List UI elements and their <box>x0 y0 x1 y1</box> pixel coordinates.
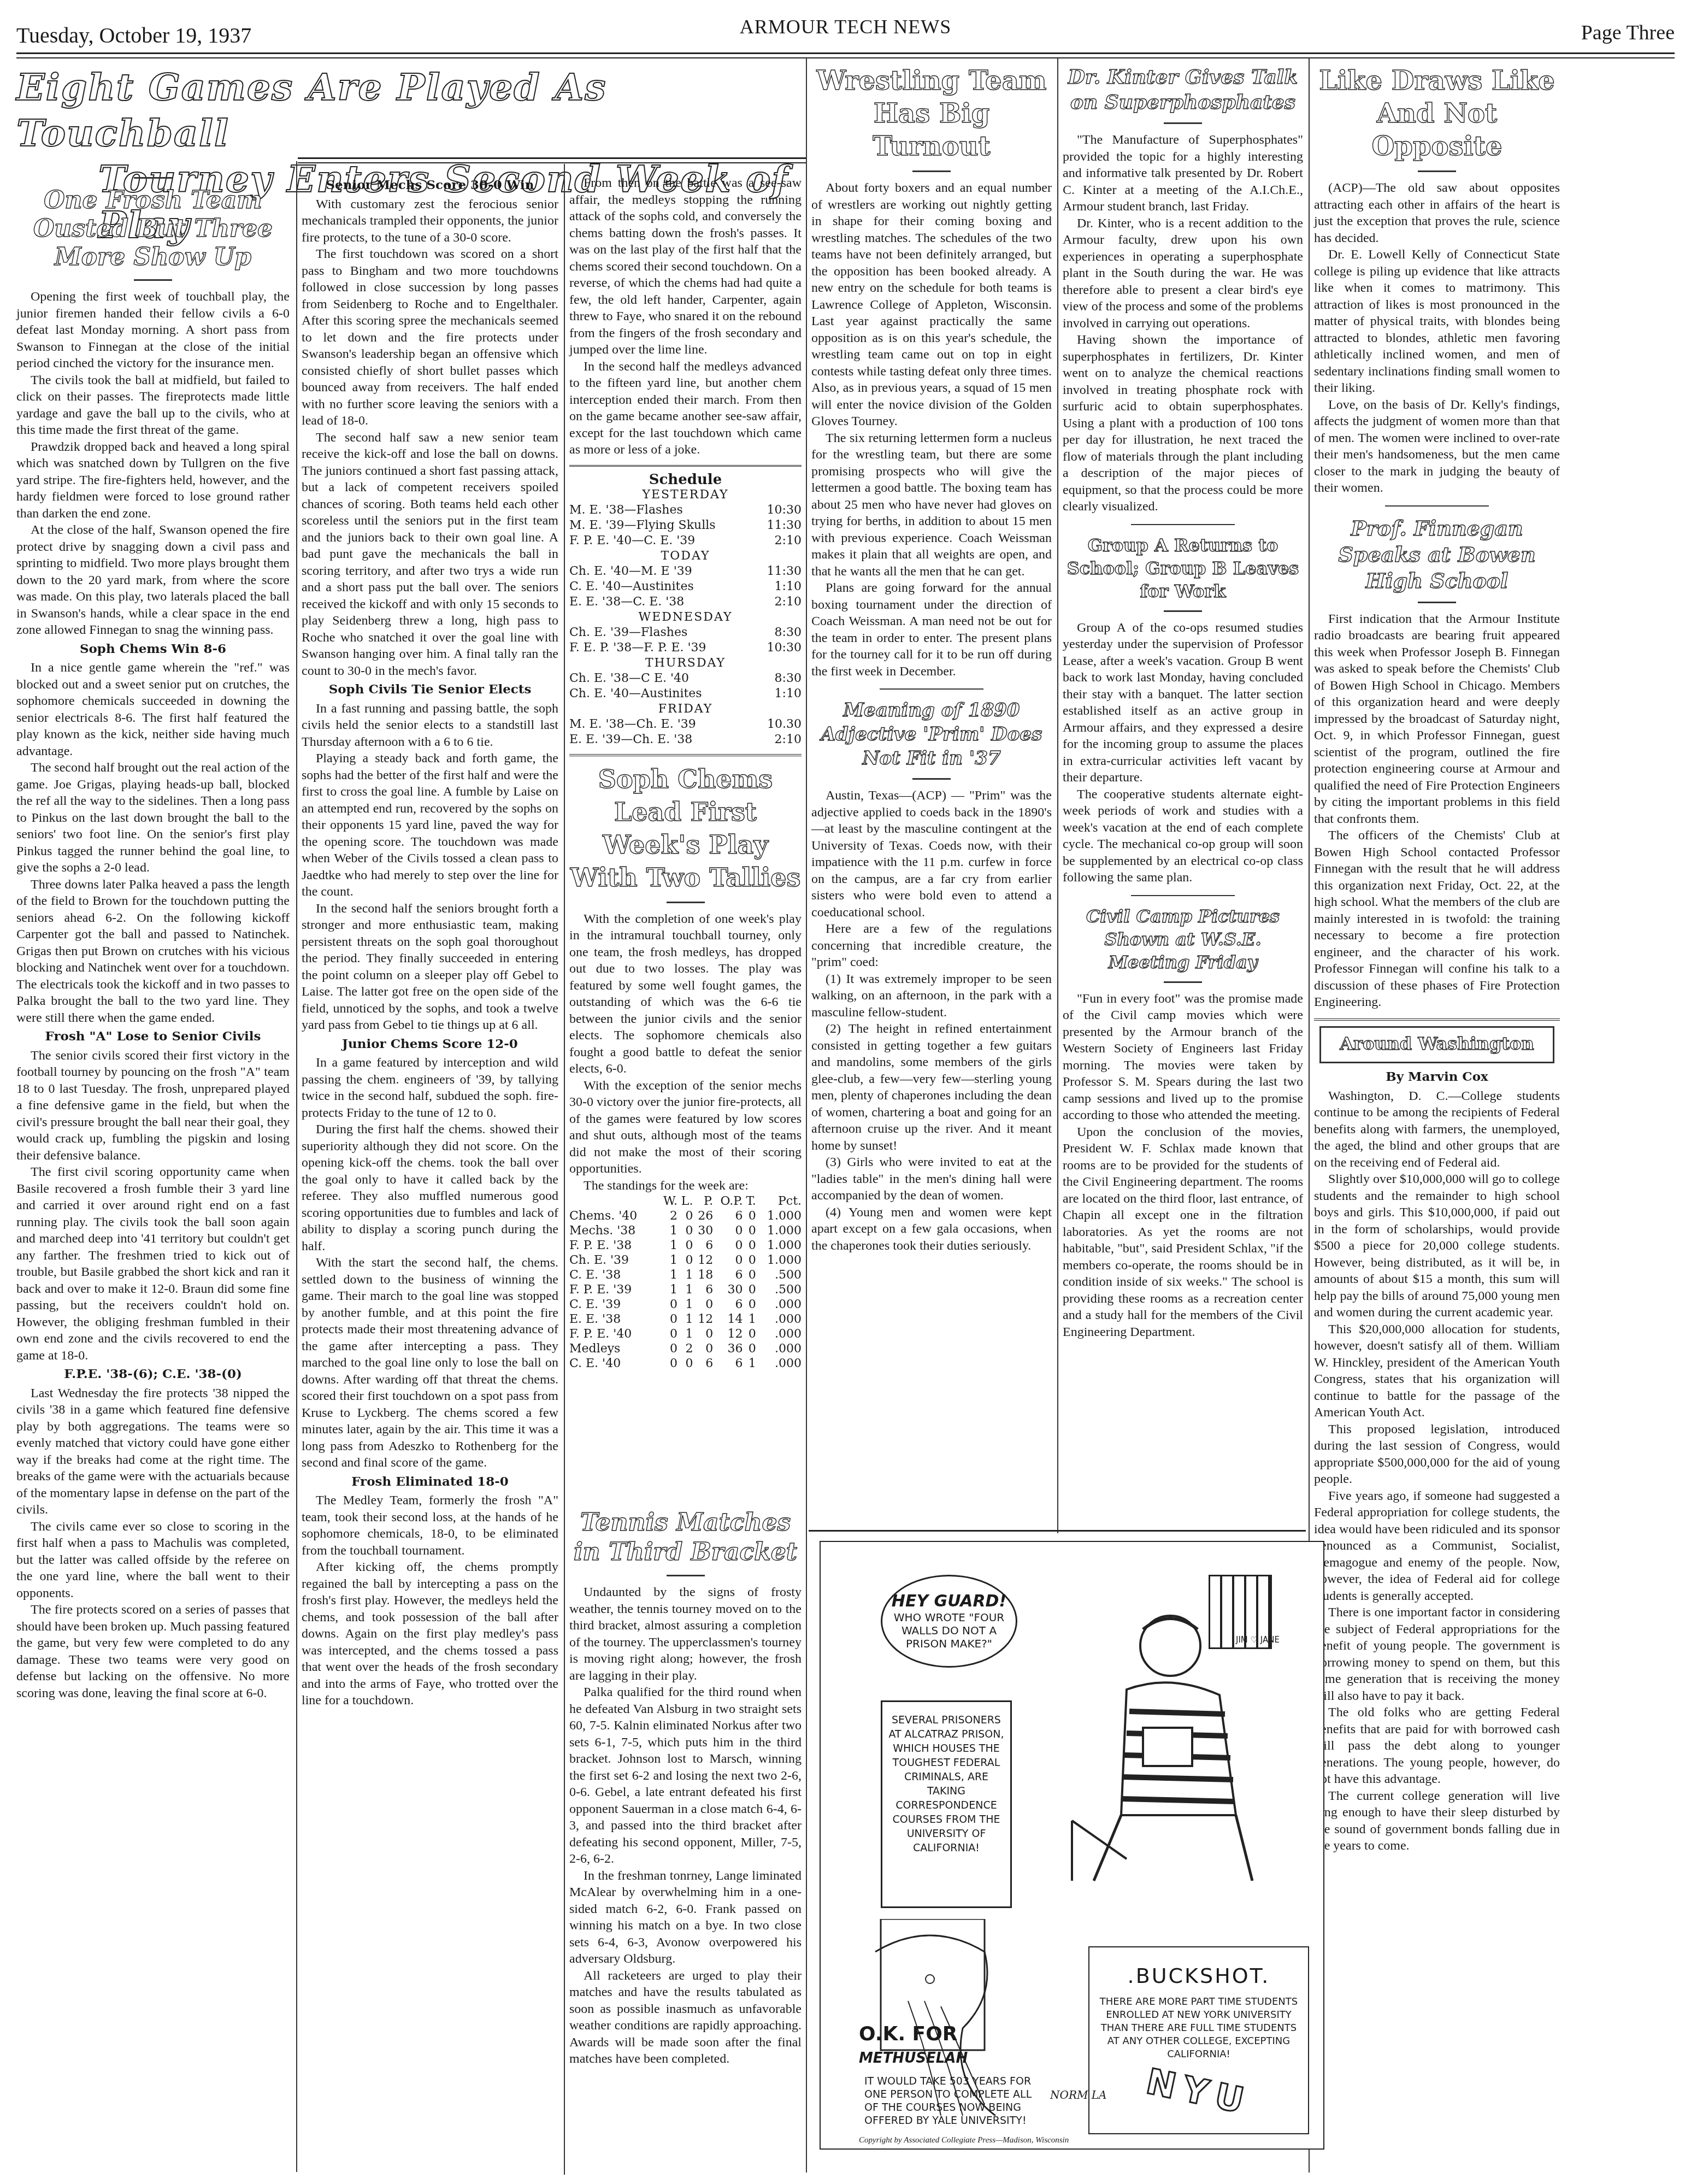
schedule-row: F. P. E. '40—C. E. '392:10 <box>569 533 802 549</box>
schedule-time: 10:30 <box>767 503 802 518</box>
masthead-rule <box>16 52 1675 58</box>
schedule-match: M. E. '38—Ch. E. '39 <box>569 717 696 732</box>
paragraph: The officers of the Chemists' Club at Bo… <box>1314 827 1560 1011</box>
standings-cell: .000 <box>756 1341 802 1356</box>
schedule-box: Schedule YESTERDAYM. E. '38—Flashes10:30… <box>569 472 802 747</box>
schedule-time: 2:10 <box>775 533 802 549</box>
wrestling-headline: Wrestling Team Has Big Turnout <box>811 64 1052 163</box>
soph-chems-lead-headline: Soph Chems Lead First Week's Play With T… <box>569 763 802 894</box>
standings-column-header: O.P. <box>713 1194 743 1209</box>
paragraph: In a fast running and passing battle, th… <box>302 700 558 751</box>
paragraph: Opening the first week of touchball play… <box>16 289 290 372</box>
section-head: Soph Civils Tie Senior Elects <box>302 681 558 698</box>
schedule-row: F. E. P. '38—F. P. E. '3910:30 <box>569 640 802 656</box>
cartoon-rule <box>809 1530 1306 1532</box>
paragraph: Group A of the co-ops resumed studies ye… <box>1063 620 1303 786</box>
standings-column-header: T. <box>743 1194 756 1209</box>
paragraph: (2) The height in refined entertainment … <box>811 1021 1052 1154</box>
column-3: From then on the battle was a see-saw af… <box>569 175 802 1371</box>
paragraph: About forty boxers and an equal number o… <box>811 180 1052 430</box>
column-5: Dr. Kinter Gives Talk on Superphosphates… <box>1063 64 1303 1340</box>
standings-cell: 6 <box>693 1282 713 1297</box>
standings-cell: 0 <box>693 1327 713 1341</box>
paragraph: Palka qualified for the third round when… <box>569 1684 802 1868</box>
standings-row: C. E. '3901060.000 <box>569 1297 802 1312</box>
banner-rule <box>298 157 806 163</box>
paragraph: The civils took the ball at midfield, bu… <box>16 372 290 439</box>
team-name: E. E. '38 <box>569 1312 659 1327</box>
standings-cell: 1 <box>659 1253 677 1268</box>
standings-cell: 12 <box>693 1253 713 1268</box>
schedule-row: Ch. E. '40—Austinites1:10 <box>569 686 802 702</box>
column-rule <box>806 58 807 2173</box>
paragraph: Austin, Texas—(ACP) — "Prim" was the adj… <box>811 787 1052 921</box>
schedule-day: THURSDAY <box>569 656 802 671</box>
prim-headline: Meaning of 1890 Adjective 'Prim' Does No… <box>811 698 1052 770</box>
standings-cell: 6 <box>713 1297 743 1312</box>
standings-cell: 0 <box>659 1327 677 1341</box>
paragraph: All racketeers are urged to play their m… <box>569 1968 802 2068</box>
editorial-cartoon: JIM ♡ JANE HEY GUARD! WHO WROTE "FOUR WA… <box>820 1541 1324 2150</box>
schedule-match: Ch. E. '40—Austinites <box>569 686 702 702</box>
team-name: F. P. E. '40 <box>569 1327 659 1341</box>
paper-name: ARMOUR TECH NEWS <box>16 15 1675 38</box>
standings-cell: .500 <box>756 1282 802 1297</box>
standings-column-header: W. <box>659 1194 677 1209</box>
paragraph: Love, on the basis of Dr. Kelly's findin… <box>1314 397 1560 497</box>
schedule-time: 11:30 <box>767 564 802 579</box>
schedule-day: YESTERDAY <box>569 487 802 503</box>
paragraph: With the exception of the senior mechs 3… <box>569 1078 802 1178</box>
standings-cell: 0 <box>677 1356 693 1371</box>
masthead: Tuesday, October 19, 1937 ARMOUR TECH NE… <box>16 21 1675 48</box>
standings-cell: 6 <box>713 1209 743 1223</box>
standings-cell: 1 <box>659 1238 677 1253</box>
around-washington-title: Around Washington <box>1340 1033 1534 1054</box>
paragraph: Dr. Kinter, who is a recent addition to … <box>1063 215 1303 332</box>
paragraph: From then on the battle was a see-saw af… <box>569 175 802 358</box>
schedule-row: Ch. E. '40—M. E '3911:30 <box>569 564 802 579</box>
standings-cell: 0 <box>677 1253 693 1268</box>
paragraph: In the second half the medleys advanced … <box>569 358 802 458</box>
standings-cell: 1 <box>659 1268 677 1282</box>
paragraph: Plans are going forward for the annual b… <box>811 580 1052 680</box>
paragraph: This $20,000,000 allocation for students… <box>1314 1321 1560 1421</box>
standings-cell: 2 <box>659 1209 677 1223</box>
paragraph: The current college generation will live… <box>1314 1788 1560 1855</box>
standings-cell: .500 <box>756 1268 802 1282</box>
standings-cell: 6 <box>693 1356 713 1371</box>
paragraph: The old folks who are getting Federal be… <box>1314 1704 1560 1788</box>
standings-cell: 1 <box>659 1282 677 1297</box>
buckshot-panel: .BUCKSHOT. THERE ARE MORE PART TIME STUD… <box>1088 1946 1309 2134</box>
section-head: Soph Chems Win 8-6 <box>16 641 290 658</box>
paragraph: The civils came ever so close to scoring… <box>16 1518 290 1602</box>
paragraph: (1) It was extremely improper to be seen… <box>811 971 1052 1021</box>
standings-column-header: Pct. <box>756 1194 802 1209</box>
schedule-time: 1:10 <box>775 686 802 702</box>
schedule-days: YESTERDAYM. E. '38—Flashes10:30M. E. '39… <box>569 487 802 747</box>
divider <box>667 1575 705 1576</box>
paragraph: The second half brought out the real act… <box>16 760 290 876</box>
paragraph: Three downs later Palka heaved a pass th… <box>16 876 290 1027</box>
standings-cell: 1.000 <box>756 1223 802 1238</box>
schedule-match: C. E. '40—Austinites <box>569 579 694 594</box>
artist-signature: NORM LA <box>1050 2088 1107 2101</box>
ok-for-label: O.K. FOR <box>859 2023 958 2045</box>
paragraph: The first touchdown was scored on a shor… <box>302 246 558 429</box>
schedule-match: Ch. E. '40—M. E '39 <box>569 564 692 579</box>
column-6: Like Draws Like And Not Opposite (ACP)—T… <box>1314 64 1560 1855</box>
paragraph: Here are a few of the regulations concer… <box>811 921 1052 971</box>
standings-cell: 2 <box>677 1341 693 1356</box>
like-draws-headline: Like Draws Like And Not Opposite <box>1314 64 1560 163</box>
paragraph: (4) Young men and women were kept apart … <box>811 1204 1052 1255</box>
standings-row: F. P. E. '39116300.500 <box>569 1282 802 1297</box>
paragraph: First indication that the Armour Institu… <box>1314 611 1560 828</box>
schedule-row: Ch. E. '38—C E. '408:30 <box>569 671 802 686</box>
schedule-time: 10.30 <box>767 717 802 732</box>
schedule-time: 10:30 <box>767 640 802 656</box>
divider <box>134 279 172 281</box>
methuselah-label: METHUSELAH <box>859 2050 968 2067</box>
page-number: Page Three <box>1581 21 1675 45</box>
paragraph: Upon the conclusion of the movies, Presi… <box>1063 1124 1303 1341</box>
schedule-match: M. E. '38—Flashes <box>569 503 683 518</box>
standings-row: F. P. E. '38106001.000 <box>569 1238 802 1253</box>
standings-cell: 0 <box>677 1209 693 1223</box>
paragraph: In a nice gentle game wherein the "ref."… <box>16 660 290 760</box>
schedule-time: 2:10 <box>775 732 802 747</box>
standings-cell: 0 <box>677 1238 693 1253</box>
standings-cell: 1.000 <box>756 1238 802 1253</box>
schedule-row: M. E. '38—Flashes10:30 <box>569 503 802 518</box>
tennis-article: Tennis Matches in Third Bracket Undaunte… <box>569 1508 802 2068</box>
section-head: Senior Mechs Score 30-0 Win <box>302 177 558 194</box>
schedule-row: E. E. '39—Ch. E. '382:10 <box>569 732 802 747</box>
paragraph: The cooperative students alternate eight… <box>1063 786 1303 886</box>
schedule-match: Ch. E. '38—C E. '40 <box>569 671 689 686</box>
bubble-exclaim: HEY GUARD! <box>882 1592 1016 1611</box>
paragraph: Prawdzik dropped back and heaved a long … <box>16 439 290 522</box>
section-head: Frosh Eliminated 18-0 <box>302 1474 558 1491</box>
newspaper-page: Tuesday, October 19, 1937 ARMOUR TECH NE… <box>0 0 1691 2184</box>
finnegan-headline: Prof. Finnegan Speaks at Bowen High Scho… <box>1314 515 1560 594</box>
standings-cell: 0 <box>743 1341 756 1356</box>
team-name: F. P. E. '38 <box>569 1238 659 1253</box>
standings-cell: 30 <box>693 1223 713 1238</box>
standings-cell: 0 <box>693 1341 713 1356</box>
standings-cell: 0 <box>743 1327 756 1341</box>
paragraph: The second half saw a new senior team re… <box>302 429 558 680</box>
divider <box>880 688 983 690</box>
schedule-match: M. E. '39—Flying Skulls <box>569 518 716 533</box>
schedule-time: 11:30 <box>767 518 802 533</box>
divider <box>134 177 172 179</box>
buckshot-text: THERE ARE MORE PART TIME STUDENTS ENROLL… <box>1089 1995 1308 2061</box>
paragraph: The fire protects scored on a series of … <box>16 1602 290 1702</box>
divider <box>1385 505 1489 507</box>
standings-cell: 0 <box>677 1223 693 1238</box>
standings-cell: .000 <box>756 1312 802 1327</box>
standings-cell: 12 <box>693 1312 713 1327</box>
standings-column-header <box>569 1194 659 1209</box>
paragraph: Slightly over $10,000,000 will go to col… <box>1314 1171 1560 1321</box>
standings-cell: 6 <box>713 1268 743 1282</box>
standings-column-header: L. <box>677 1194 693 1209</box>
frosh-subhead: One Frosh Team Ousted But Three More Sho… <box>16 186 290 272</box>
section-head: Frosh "A" Lose to Senior Civils <box>16 1028 290 1045</box>
paragraph: The six returning lettermen form a nucle… <box>811 430 1052 580</box>
paragraph: At the close of the half, Swanson opened… <box>16 522 290 639</box>
standings-cell: 1 <box>743 1312 756 1327</box>
paragraph: Washington, D. C.—College students conti… <box>1314 1088 1560 1172</box>
standings-cell: 30 <box>713 1282 743 1297</box>
standings-cell: 0 <box>713 1253 743 1268</box>
standings-cell: 0 <box>713 1238 743 1253</box>
schedule-time: 2:10 <box>775 594 802 610</box>
schedule-time: 8:30 <box>775 625 802 640</box>
standings-cell: 0 <box>743 1268 756 1282</box>
standings-cell: 0 <box>693 1297 713 1312</box>
standings-cell: 36 <box>713 1341 743 1356</box>
standings-cell: 1 <box>677 1327 693 1341</box>
schedule-match: F. P. E. '40—C. E. '39 <box>569 533 695 549</box>
divider <box>912 778 951 780</box>
schedule-row: C. E. '40—Austinites1:10 <box>569 579 802 594</box>
standings-cell: 1 <box>659 1223 677 1238</box>
standings-cell: 0 <box>659 1356 677 1371</box>
schedule-day: TODAY <box>569 549 802 564</box>
schedule-time: 1:10 <box>775 579 802 594</box>
divider <box>1314 1019 1560 1021</box>
cartoon-copyright: Copyright by Associated Collegiate Press… <box>859 2136 1069 2145</box>
column-1: One Frosh Team Ousted But Three More Sho… <box>16 169 290 1702</box>
standings-cell: 1.000 <box>756 1253 802 1268</box>
team-name: Chems. '40 <box>569 1209 659 1223</box>
paragraph: (3) Girls who were invited to eat at the… <box>811 1154 1052 1204</box>
headline-line1: Eight Games Are Played As Touchball <box>16 66 607 155</box>
standings-cell: 0 <box>743 1238 756 1253</box>
schedule-row: M. E. '38—Ch. E. '3910.30 <box>569 717 802 732</box>
divider <box>1164 981 1202 983</box>
standings-cell: 1.000 <box>756 1209 802 1223</box>
paragraph: "The Manufacture of Superphosphates" pro… <box>1063 132 1303 215</box>
paragraph: Dr. E. Lowell Kelly of Connecticut State… <box>1314 246 1560 397</box>
paragraph: The first civil scoring opportunity came… <box>16 1164 290 1364</box>
team-name: C. E. '39 <box>569 1297 659 1312</box>
paragraph: After kicking off, the chems promptly re… <box>302 1559 558 1709</box>
civil-camp-headline: Civil Camp Pictures Shown at W.S.E. Meet… <box>1063 905 1303 974</box>
standings-row: Ch. E. '391012001.000 <box>569 1253 802 1268</box>
standings-row: Medleys020360.000 <box>569 1341 802 1356</box>
standings-cell: 12 <box>713 1327 743 1341</box>
team-name: F. P. E. '39 <box>569 1282 659 1297</box>
paragraph: Five years ago, if someone had suggested… <box>1314 1488 1560 1605</box>
group-a-headline: Group A Returns to School; Group B Leave… <box>1063 534 1303 603</box>
alcatraz-note: SEVERAL PRISONERS AT ALCATRAZ PRISON, WH… <box>881 1700 1012 1908</box>
divider <box>1164 610 1202 612</box>
paragraph: Undaunted by the signs of frosty weather… <box>569 1584 802 1684</box>
speech-bubble: HEY GUARD! WHO WROTE "FOUR WALLS DO NOT … <box>881 1575 1017 1668</box>
paragraph: There is one important factor in conside… <box>1314 1604 1560 1704</box>
paragraph: In the second half the seniors brought f… <box>302 900 558 1034</box>
standings-row: Chems. '402026601.000 <box>569 1209 802 1223</box>
standings-body: Chems. '402026601.000Mechs. '381030001.0… <box>569 1209 802 1371</box>
standings-cell: 1 <box>677 1297 693 1312</box>
standings-cell: 6 <box>693 1238 713 1253</box>
paragraph: In a game featured by interception and w… <box>302 1055 558 1121</box>
paragraph: With customary zest the ferocious senior… <box>302 196 558 246</box>
nyu-pennant-icon: NYU <box>1088 2050 1310 2135</box>
standings-cell: .000 <box>756 1327 802 1341</box>
standings-cell: 0 <box>743 1253 756 1268</box>
standings-cell: 1 <box>677 1282 693 1297</box>
paragraph: The standings for the week are: <box>569 1178 802 1194</box>
standings-header: W.L.P.O.P.T.Pct. <box>569 1194 802 1209</box>
standings-cell: 18 <box>693 1268 713 1282</box>
divider <box>569 465 802 467</box>
standings-cell: 0 <box>659 1297 677 1312</box>
schedule-match: E. E. '38—C. E. '38 <box>569 594 684 610</box>
standings-cell: 1 <box>677 1312 693 1327</box>
bubble-text: WHO WROTE "FOUR WALLS DO NOT A PRISON MA… <box>894 1611 1005 1650</box>
paragraph: "Fun in every foot" was the promise made… <box>1063 991 1303 1124</box>
kinter-headline: Dr. Kinter Gives Talk on Superphosphates <box>1063 64 1303 115</box>
schedule-day: FRIDAY <box>569 702 802 717</box>
yale-note: IT WOULD TAKE 503 YEARS FOR ONE PERSON T… <box>864 2075 1045 2127</box>
standings-cell: .000 <box>756 1297 802 1312</box>
paragraph: During the first half the chems. showed … <box>302 1121 558 1255</box>
standings-cell: 0 <box>743 1209 756 1223</box>
team-name: C. E. '40 <box>569 1356 659 1371</box>
team-name: Medleys <box>569 1341 659 1356</box>
standings-cell: 0 <box>743 1297 756 1312</box>
standings-cell: 1 <box>743 1356 756 1371</box>
divider <box>1418 602 1456 603</box>
divider <box>912 170 951 172</box>
standings-cell: 26 <box>693 1209 713 1223</box>
divider <box>1131 895 1235 896</box>
prisoner-illustration-icon <box>1061 1586 1291 1892</box>
paragraph: Having shown the importance of superphos… <box>1063 332 1303 515</box>
standings-column-header: P. <box>693 1194 713 1209</box>
paragraph: Playing a steady back and forth game, th… <box>302 750 558 900</box>
tennis-headline: Tennis Matches in Third Bracket <box>569 1508 802 1567</box>
standings-cell: 1 <box>677 1268 693 1282</box>
team-name: Mechs. '38 <box>569 1223 659 1238</box>
divider <box>569 754 802 756</box>
column-4: Wrestling Team Has Big Turnout About for… <box>811 64 1052 1254</box>
schedule-time: 8:30 <box>775 671 802 686</box>
schedule-match: F. E. P. '38—F. P. E. '39 <box>569 640 706 656</box>
section-head: F.P.E. '38-(6); C.E. '38-(0) <box>16 1366 290 1383</box>
paragraph: The senior civils scored their first vic… <box>16 1047 290 1164</box>
standings-cell: 0 <box>659 1312 677 1327</box>
paragraph: This proposed legislation, introduced du… <box>1314 1421 1560 1488</box>
section-head: Junior Chems Score 12-0 <box>302 1036 558 1053</box>
standings-row: F. P. E. '40010120.000 <box>569 1327 802 1341</box>
standings-cell: 0 <box>743 1223 756 1238</box>
standings-row: Mechs. '381030001.000 <box>569 1223 802 1238</box>
divider <box>1164 122 1202 124</box>
around-washington-box: Around Washington <box>1319 1026 1554 1064</box>
column-rule <box>296 161 297 2172</box>
divider <box>1418 170 1456 172</box>
standings-cell: .000 <box>756 1356 802 1371</box>
team-name: C. E. '38 <box>569 1268 659 1282</box>
standings-cell: 0 <box>659 1341 677 1356</box>
buckshot-title: .BUCKSHOT. <box>1089 1964 1308 1988</box>
team-name: Ch. E. '39 <box>569 1253 659 1268</box>
paragraph: (ACP)—The old saw about opposites attrac… <box>1314 180 1560 246</box>
standings-row: C. E. '4000661.000 <box>569 1356 802 1371</box>
schedule-title: Schedule <box>569 472 802 487</box>
divider <box>1131 524 1235 525</box>
schedule-match: E. E. '39—Ch. E. '38 <box>569 732 692 747</box>
standings-row: E. E. '380112141.000 <box>569 1312 802 1327</box>
standings-row: C. E. '38111860.500 <box>569 1268 802 1282</box>
paragraph: With the completion of one week's play i… <box>569 911 802 1078</box>
schedule-row: E. E. '38—C. E. '382:10 <box>569 594 802 610</box>
schedule-row: M. E. '39—Flying Skulls11:30 <box>569 518 802 533</box>
standings-cell: 14 <box>713 1312 743 1327</box>
byline: By Marvin Cox <box>1314 1069 1560 1086</box>
schedule-row: Ch. E. '39—Flashes8:30 <box>569 625 802 640</box>
column-2: Senior Mechs Score 30-0 Win With customa… <box>302 175 558 1709</box>
column-rule <box>564 164 565 2175</box>
standings-cell: 0 <box>713 1223 743 1238</box>
standings-cell: 6 <box>713 1356 743 1371</box>
column-rule <box>1057 58 1058 1533</box>
paragraph: In the freshman tonrney, Lange liminated… <box>569 1868 802 1968</box>
standings-table: W.L.P.O.P.T.Pct. Chems. '402026601.000Me… <box>569 1194 802 1371</box>
schedule-match: Ch. E. '39—Flashes <box>569 625 687 640</box>
paragraph: Last Wednesday the fire protects '38 nip… <box>16 1385 290 1518</box>
schedule-day: WEDNESDAY <box>569 610 802 625</box>
divider <box>667 902 705 903</box>
standings-cell: 0 <box>743 1282 756 1297</box>
paragraph: With the start the second half, the chem… <box>302 1255 558 1471</box>
paragraph: The Medley Team, formerly the frosh "A" … <box>302 1492 558 1559</box>
